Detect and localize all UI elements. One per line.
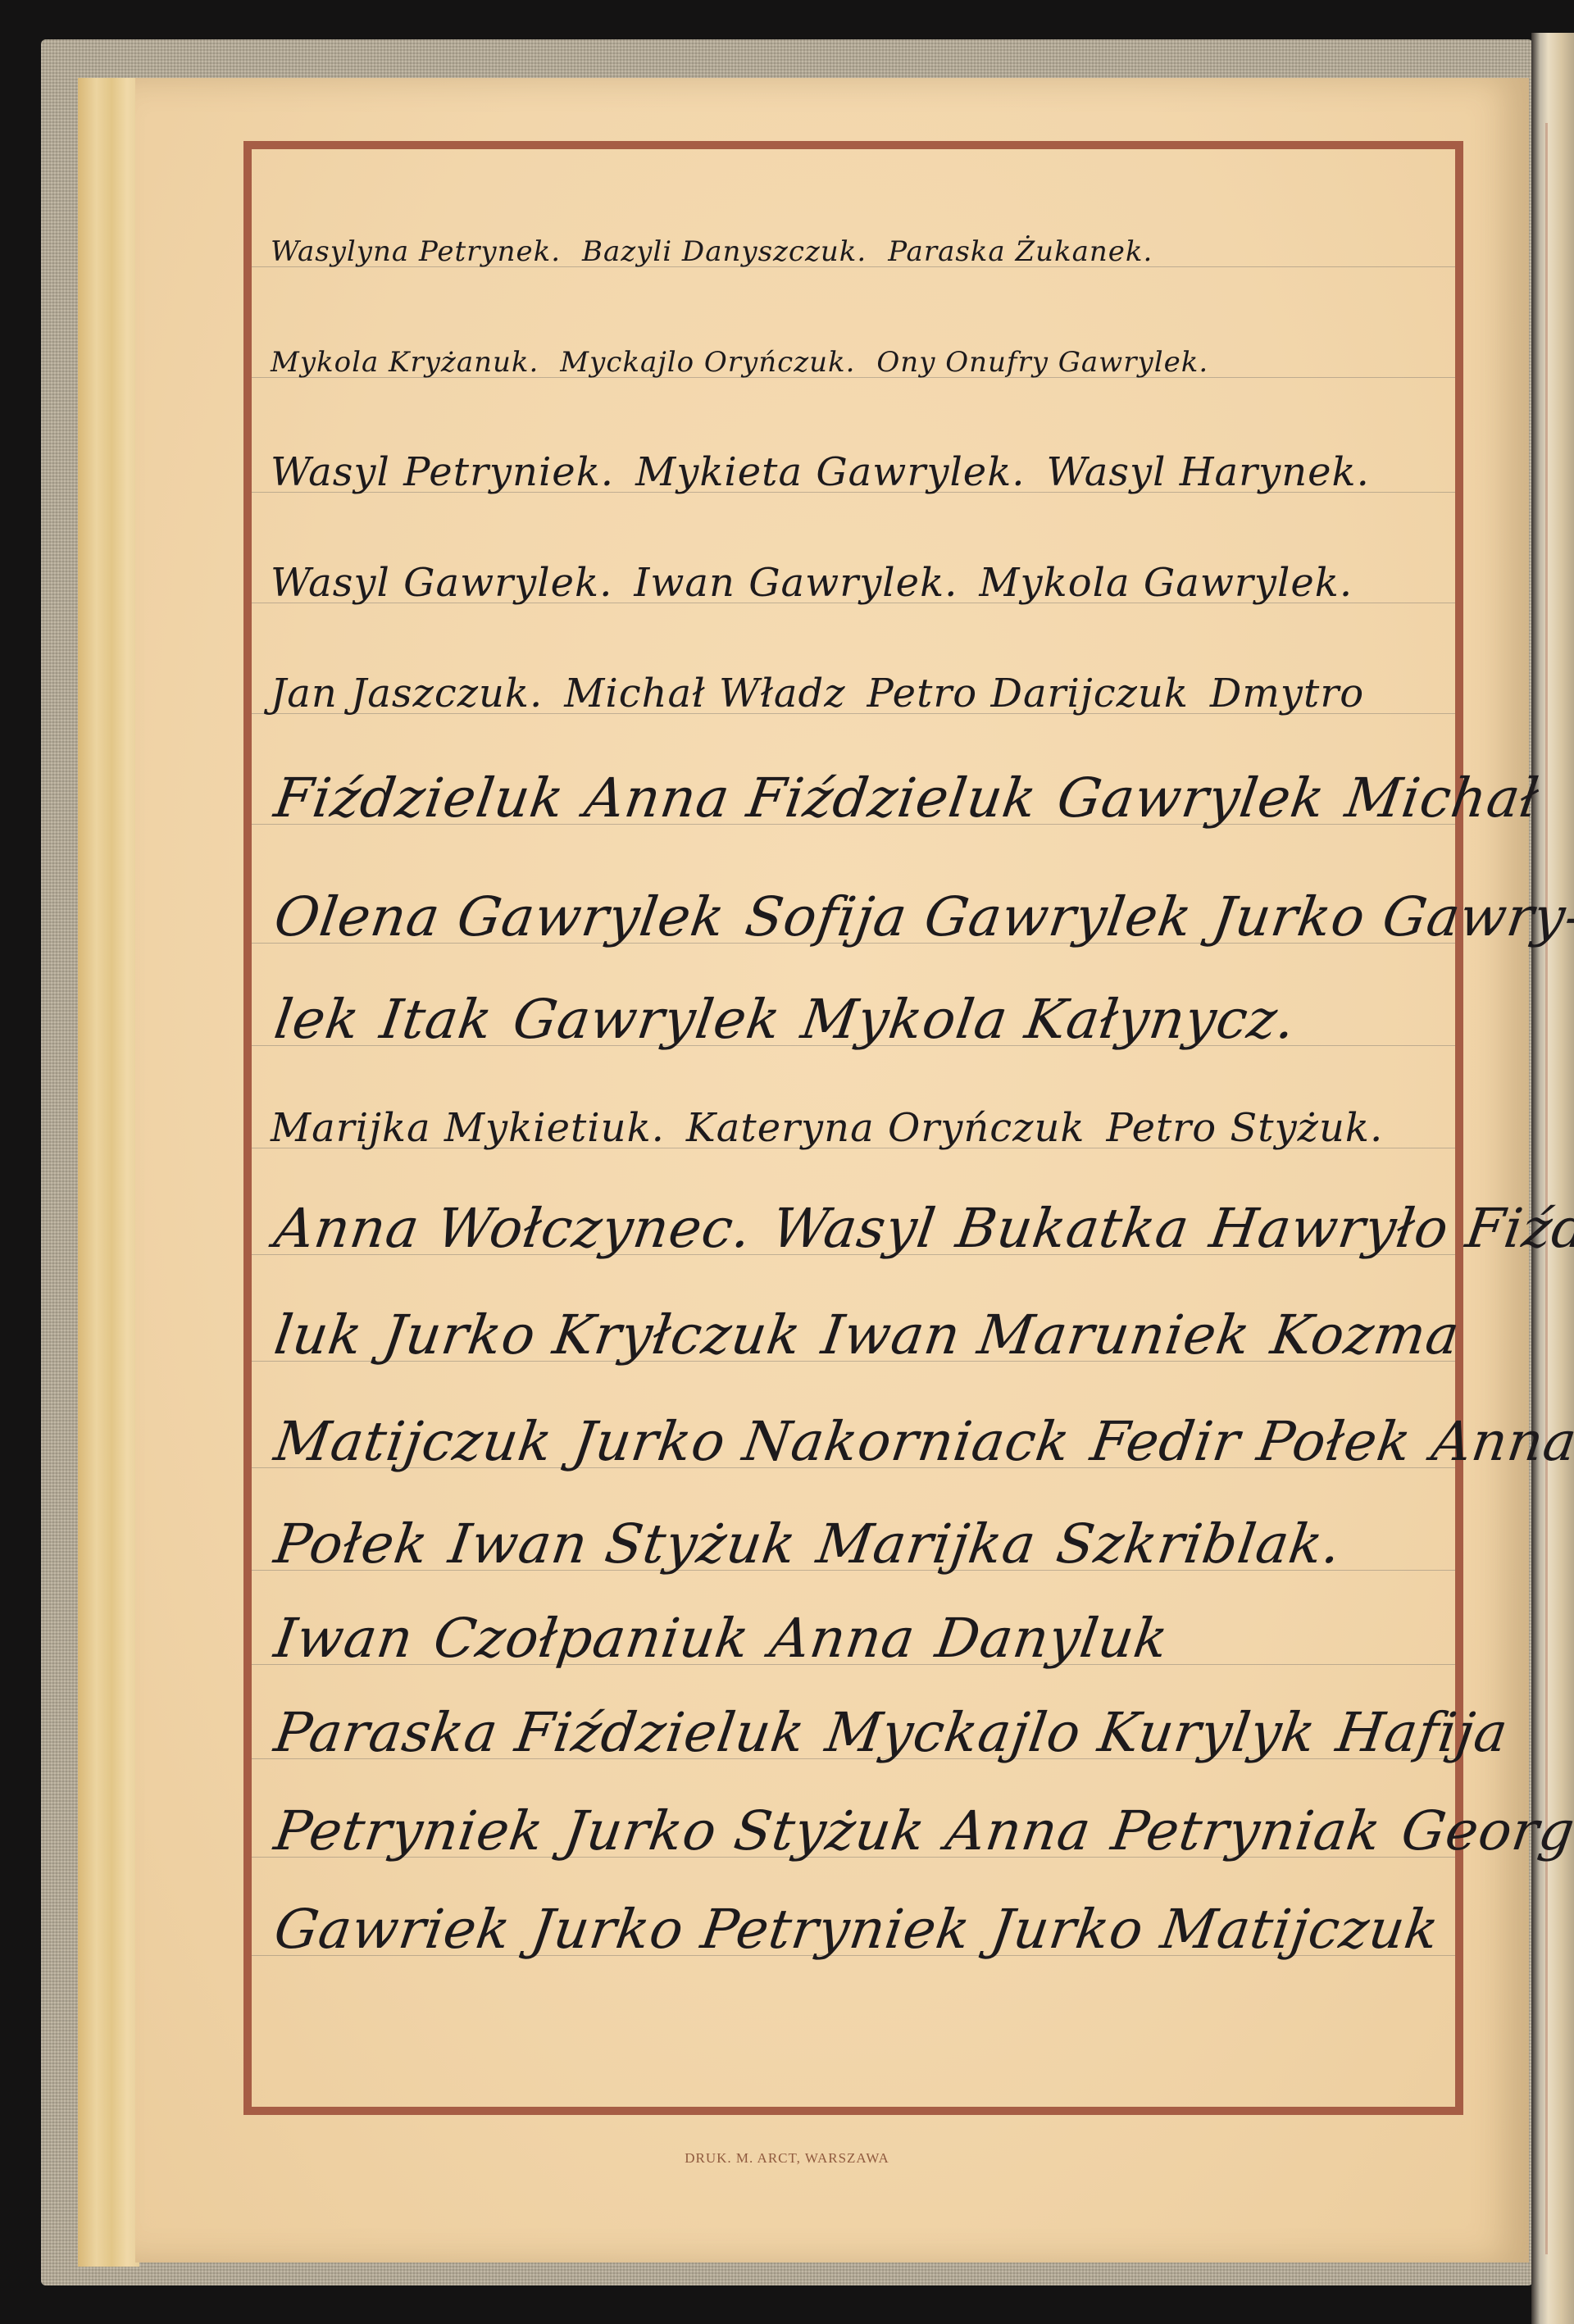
signature-name: Jurko Petryniek bbox=[527, 1898, 975, 1961]
signature-name: Wasyl Gawrylek. bbox=[271, 560, 612, 606]
signature-name: Kozma bbox=[1267, 1303, 1464, 1367]
signature-name: luk bbox=[271, 1303, 366, 1367]
signature-name: Myckajlo Oryńczuk. bbox=[560, 346, 855, 379]
signature-row: Paraska FiździelukMyckajlo KurylykHafija bbox=[271, 1701, 1476, 1764]
signature-name: Mykieta Gawrylek. bbox=[635, 449, 1025, 495]
signature-name: Mykola Gawrylek. bbox=[979, 560, 1353, 606]
signature-name: Szkriblak. bbox=[1053, 1512, 1345, 1576]
signature-name: Sofija Gawrylek bbox=[742, 885, 1197, 948]
signature-name: Wasyl Harynek. bbox=[1047, 449, 1370, 495]
signature-name: Mykola Kałynycz. bbox=[798, 988, 1300, 1051]
signature-name: Petro Darijczuk bbox=[867, 671, 1189, 716]
signature-name: Iwan Gawrylek. bbox=[634, 560, 958, 606]
signature-name: Anna Fiździeluk bbox=[580, 766, 1040, 830]
signature-name: Michał bbox=[1342, 766, 1544, 830]
signature-name: Anna bbox=[767, 1607, 920, 1670]
signature-name: Wasylyna Petrynek. bbox=[271, 235, 561, 268]
printer-imprint: DRUK. M. ARCT, WARSZAWA bbox=[0, 2150, 1574, 2167]
signature-name: Jan Jaszczuk. bbox=[271, 671, 543, 716]
signature-row: Mykola Kryżanuk.Myckajlo Oryńczuk.Ony On… bbox=[271, 346, 1467, 379]
signature-name: Kateryna Oryńczuk bbox=[686, 1105, 1085, 1151]
signature-name: Myckajlo Kurylyk bbox=[821, 1701, 1320, 1764]
signature-name: Jurko Kryłczuk bbox=[380, 1303, 806, 1367]
signature-name: Marijka bbox=[813, 1512, 1040, 1576]
signature-row: Anna Wołczynec.WasylBukatkaHawryło Fiźd- bbox=[271, 1197, 1476, 1260]
signature-row: PołekIwan StyżukMarijkaSzkriblak. bbox=[271, 1512, 1476, 1576]
next-page-edge bbox=[1545, 123, 1574, 2254]
signature-row: lekItakGawrylekMykola Kałynycz. bbox=[271, 988, 1476, 1051]
signature-row: Wasyl Gawrylek.Iwan Gawrylek.Mykola Gawr… bbox=[271, 560, 1467, 606]
signature-name: Itak bbox=[376, 988, 497, 1051]
signature-name: Jurko Nakorniack bbox=[569, 1410, 1074, 1473]
signature-row: IwanCzołpaniukAnnaDanyluk bbox=[271, 1607, 1476, 1670]
signature-name: Anna bbox=[1428, 1410, 1574, 1473]
signature-name: Dmytro bbox=[1210, 671, 1364, 716]
signature-name: Wasyl bbox=[768, 1197, 940, 1260]
signature-name: Iwan Maruniek bbox=[818, 1303, 1255, 1367]
signature-name: Połek bbox=[271, 1512, 433, 1576]
page-stack-edges bbox=[78, 78, 139, 2267]
signature-name: Gawrylek bbox=[509, 988, 785, 1051]
signature-name: Paraska Fiździeluk bbox=[271, 1701, 809, 1764]
signature-name: Petryniek bbox=[271, 1799, 548, 1862]
signature-name: Mykola Kryżanuk. bbox=[271, 346, 539, 379]
signature-name: Anna bbox=[942, 1799, 1095, 1862]
signature-name: Paraska Żukanek. bbox=[888, 235, 1153, 268]
signature-row: GawriekJurko PetryniekJurko Matijczuk bbox=[271, 1898, 1476, 1961]
signature-row: Wasyl Petryniek.Mykieta Gawrylek.Wasyl H… bbox=[271, 449, 1467, 495]
signature-name: Michał Władz bbox=[564, 671, 845, 716]
signature-name: Hafija bbox=[1332, 1701, 1512, 1764]
signature-row: Jan Jaszczuk.Michał WładzPetro Darijczuk… bbox=[271, 671, 1467, 716]
signature-name: Olena Gawrylek bbox=[271, 885, 729, 948]
signature-name: Jurko Styżuk bbox=[561, 1799, 930, 1862]
signature-name: lek bbox=[271, 988, 364, 1051]
signature-name: Hawryło Fiźd- bbox=[1206, 1197, 1574, 1260]
signature-name: Fiździeluk bbox=[271, 766, 568, 830]
signature-name: Petryniak bbox=[1108, 1799, 1385, 1862]
signature-name: Iwan bbox=[271, 1607, 417, 1670]
signature-name: Jurko Gawry- bbox=[1209, 885, 1574, 948]
signature-name: Gawrylek bbox=[1053, 766, 1329, 830]
signature-name: Fedir Połek bbox=[1087, 1410, 1416, 1473]
signature-row: Wasylyna Petrynek.Bazyli Danyszczuk.Para… bbox=[271, 235, 1467, 268]
signature-name: Ony Onufry Gawrylek. bbox=[876, 346, 1208, 379]
signature-name: Bazyli Danyszczuk. bbox=[582, 235, 867, 268]
signature-name: Petro Styżuk. bbox=[1106, 1105, 1383, 1151]
signature-name: Matijczuk bbox=[271, 1410, 557, 1473]
signature-name: Wasyl Petryniek. bbox=[271, 449, 614, 495]
signature-row: Marijka Mykietiuk.Kateryna OryńczukPetro… bbox=[271, 1105, 1467, 1151]
signature-name: Anna Wołczynec. bbox=[271, 1197, 756, 1260]
signature-name: Georgij bbox=[1398, 1799, 1574, 1862]
signature-row: MatijczukJurko NakorniackFedir PołekAnna bbox=[271, 1410, 1476, 1473]
signature-name: Jurko Matijczuk bbox=[987, 1898, 1443, 1961]
signature-row: PetryniekJurko StyżukAnnaPetryniakGeorgi… bbox=[271, 1799, 1476, 1862]
signature-name: Marijka Mykietiuk. bbox=[271, 1105, 665, 1151]
signature-row: FiździelukAnna FiździelukGawrylekMichał bbox=[271, 766, 1476, 830]
signature-name: Danyluk bbox=[932, 1607, 1172, 1670]
signature-row: Olena GawrylekSofija GawrylekJurko Gawry… bbox=[271, 885, 1476, 948]
signature-name: Iwan Styżuk bbox=[445, 1512, 801, 1576]
signature-row: lukJurko KryłczukIwan MaruniekKozma bbox=[271, 1303, 1476, 1367]
signature-name: Bukatka bbox=[953, 1197, 1194, 1260]
signature-name: Gawriek bbox=[271, 1898, 515, 1961]
signature-name: Czołpaniuk bbox=[430, 1607, 753, 1670]
